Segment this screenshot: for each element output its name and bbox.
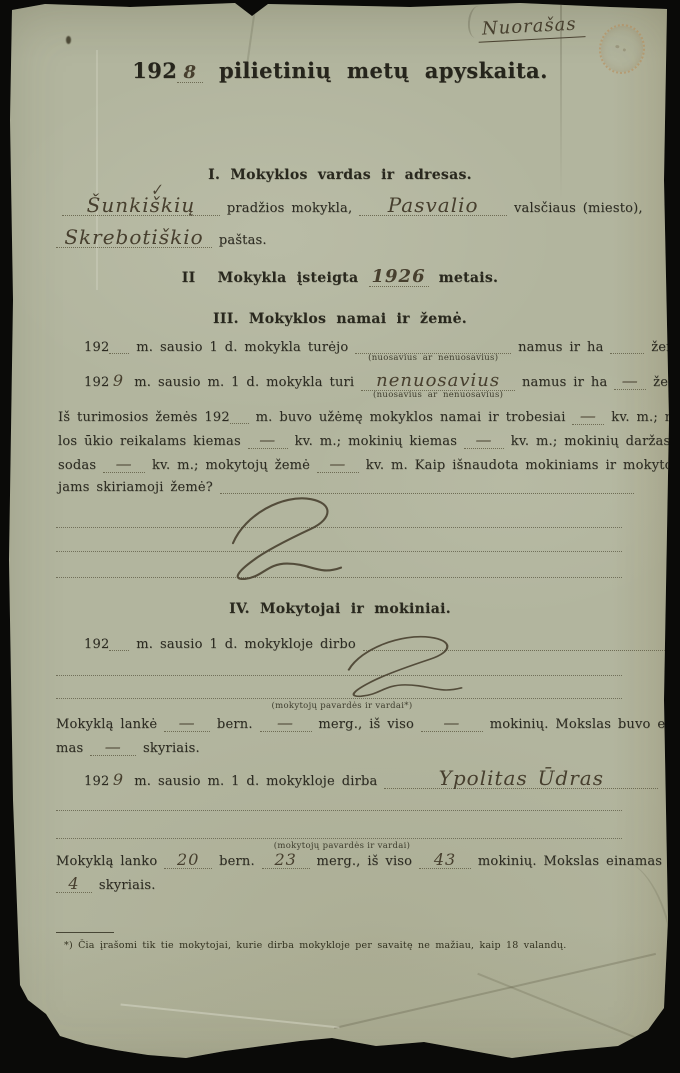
total-dash: — [443,713,460,732]
buildings-prev-label: m. sausio 1 d. mokykla turėjo [136,340,348,355]
copy-annotation: Nuorašas [477,13,585,43]
founding-year-value: 1926 [372,266,426,287]
attendance-text: Mokyklą lankė [56,717,157,732]
school-name-label: pradžios mokykla, [227,201,352,216]
hectares-blank [610,342,644,354]
attendance-text: bern. [217,717,253,732]
buildings-row-prev-year: 192 m. sausio 1 d. mokykla turėjo (nuosa… [84,340,620,355]
total-value: 43 [434,850,456,869]
year-blank [109,639,129,651]
para-text: jams skiriamoji žemė? [58,480,213,495]
land-paragraph-line-2: los ūkio reikalams kiemas — kv. m.; moki… [58,432,620,449]
teacher-name-field: Ypolitas Ūdras [384,768,658,789]
grades-field: 4 [56,876,92,893]
section-1-heading: I. Mokyklos vardas ir adresas. [0,167,680,183]
area-dash: — [259,430,276,449]
para-text: kv. m. Kaip išnaudota mokiniams ir mokyt… [366,458,678,473]
area-field: — [572,408,604,425]
para-text: m. buvo užėmę mokyklos namai ir trobesia… [256,410,566,425]
title-year-prefix: 192 [132,58,177,83]
girls-value: 23 [274,850,296,869]
year-blank [230,412,249,424]
teacher-name-value: Ypolitas Ūdras [439,766,604,790]
area-dash: — [475,430,492,449]
para-text: kv. m.; mokinių kiemas [295,434,458,449]
year-prefix: 192 [84,774,109,789]
district-label: valsčiaus (miesto), [514,201,643,216]
boys-dash: — [179,713,196,732]
attendance-text: mokinių. Mokslas buvo eina- [490,717,680,732]
attendance-text: skyriais. [99,878,156,893]
ownership-note: (nuosavius ar nenuosavius) [368,354,498,363]
teachers-prev-label: m. sausio 1 d. mokykloje dirbo [136,637,356,652]
area-field: — [248,432,288,449]
para-text: kv. m.; mokytojų žemė [152,458,310,473]
attendance-text: Mokyklą lanko [56,854,157,869]
ownership-blank: (nuosavius ar nenuosavius) [355,342,511,354]
attendance-current-line-1: Mokyklą lanko 20 bern. 23 merg., iš viso… [56,852,620,869]
footnote-rule [56,932,114,933]
girls-dash: — [277,713,294,732]
attendance-text: bern. [219,854,255,869]
post-office-value: Skrebotiškio [64,225,203,249]
ink-blot [66,36,71,44]
year-prefix: 192 [84,637,109,652]
buildings-prev-mid: namus ir ha [518,340,603,355]
ownership-value: nenuosavius [376,370,500,391]
para-text: los ūkio reikalams kiemas [58,434,241,449]
area-dash: — [329,454,346,473]
post-office-field: Skrebotiškio [56,227,212,248]
hectares-field: — [614,373,646,390]
buildings-prev-end: žemės. [651,340,680,355]
cancellation-flourish [215,492,355,584]
land-paragraph-line-3: sodas — kv. m.; mokytojų žemė — kv. m. K… [58,456,620,473]
attendance-text: skyriais. [143,741,200,756]
attendance-text: mokinių. Mokslas einamas [478,854,662,869]
section-3-heading: III. Mokyklos namai ir žemė. [0,311,680,327]
attendance-text: mas [56,741,83,756]
section-2-number: II [182,270,196,286]
girls-field: — [260,715,312,732]
section-2-suffix: metais. [439,270,498,286]
dotted-line [56,810,622,811]
hectares-dash: — [622,371,639,390]
school-name-field: Šunkiškių [62,195,220,216]
boys-field: — [164,715,210,732]
page-title: 1928 pilietinių metų apyskaita. [0,58,680,83]
post-office-label: paštas. [219,233,267,248]
attendance-text: merg., iš viso [318,717,414,732]
section-2-label: Mokykla įsteigta [218,270,359,286]
area-field: — [317,456,359,473]
year-blank [109,342,129,354]
district-field: Pasvalio [359,195,507,216]
boys-value: 20 [177,850,199,869]
section-2-row: II Mokykla įsteigta 1926 metais. [0,268,680,287]
buildings-1929-mid: namus ir ha [522,375,607,390]
year-digit-handwritten: 9 [113,770,124,789]
buildings-1929-label: m. sausio m. 1 d. mokykla turi [134,375,354,390]
grades-dash: — [105,737,122,756]
buildings-1929-end: žemės. [653,375,680,390]
founding-year-field: 1926 [369,268,429,287]
grades-value: 4 [68,874,79,893]
boys-field: 20 [164,852,212,869]
attendance-text: merg., iš viso [316,854,412,869]
ownership-field: nenuosavius(nuosavius ar nenuosavius) [361,372,515,391]
teachers-note: (mokytojų pavardės ir vardai) [64,841,620,851]
title-year-handwritten: 8 [183,62,197,83]
paper-sheet: Nuorašas 1928 pilietinių metų apyskaita.… [0,0,680,1073]
teacher-current-label: m. sausio m. 1 d. mokykloje dirba [134,774,377,789]
copy-annotation-text: Nuorašas [481,14,577,40]
area-field: — [464,432,504,449]
total-field: 43 [419,852,471,869]
crease [477,973,672,1054]
attendance-prev-line-2: mas — skyriais. [56,739,612,756]
year-prefix: 192 [84,375,109,390]
footnote-text: *) Čia įrašomi tik tie mokytojai, kurie … [64,940,620,951]
dotted-line [56,838,622,839]
area-dash: — [116,454,133,473]
para-text: kv. m.; mokinių daržas ir [511,434,680,449]
school-name-value: Šunkiškių [87,193,196,217]
para-text: kv. m.; mokyk- [611,410,680,425]
school-name-row: Šunkiškių pradžios mokykla, Pasvalio val… [62,195,618,216]
area-field: — [103,456,145,473]
attendance-current-line-2: 4 skyriais. [56,876,612,893]
year-digit-handwritten: 9 [113,371,124,390]
grades-field: — [90,739,136,756]
attendance-prev-line-1: Mokyklą lankė — bern. — merg., iš viso —… [56,715,620,732]
para-text: sodas [58,458,96,473]
ownership-note: (nuosavius ar nenuosavius) [373,391,503,400]
land-paragraph-line-1: Iš turimosios žemės 192 m. buvo užėmę mo… [58,408,620,425]
buildings-row-1929: 1929 m. sausio m. 1 d. mokykla turi nenu… [84,372,620,391]
teacher-current-row: 1929 m. sausio m. 1 d. mokykloje dirba Y… [84,768,620,789]
girls-field: 23 [262,852,310,869]
district-value: Pasvalio [388,193,479,217]
para-text: Iš turimosios žemės 192 [58,410,230,425]
year-prefix: 192 [84,340,109,355]
cancellation-flourish [330,632,476,700]
crease [120,1004,339,1029]
area-dash: — [580,406,597,425]
title-text: pilietinių metų apyskaita. [219,58,548,83]
teachers-note-star: (mokytojų pavardės ir vardai*) [64,701,620,711]
total-field: — [421,715,483,732]
post-office-row: Skrebotiškio paštas. [56,227,612,248]
section-4-heading: IV. Mokytojai ir mokiniai. [0,601,680,617]
crease [334,953,656,1029]
